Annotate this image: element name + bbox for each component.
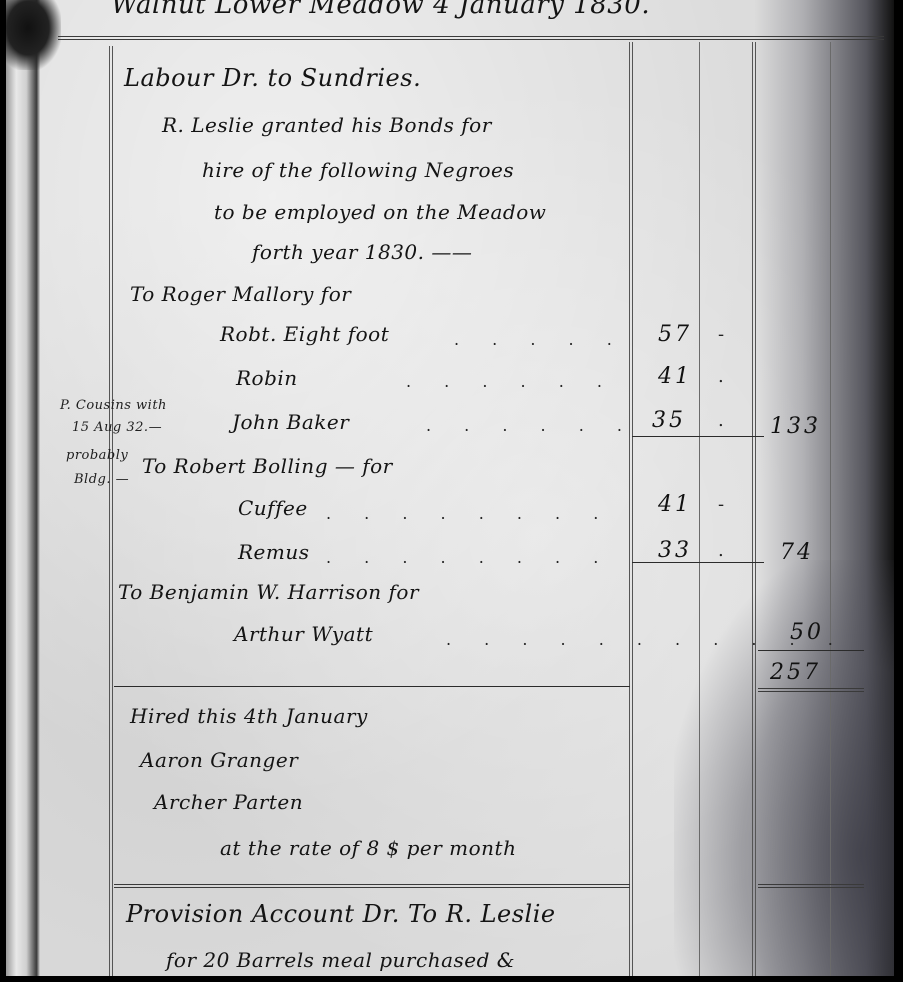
margin-rule (109, 46, 113, 976)
entry-mark: - (718, 324, 724, 345)
entry-amount: 41 (658, 364, 692, 389)
column-rule-1 (629, 42, 633, 976)
group-subtotal: 74 (780, 540, 814, 565)
total-double-rule (758, 688, 864, 692)
hired-line: Hired this 4th January (130, 704, 368, 728)
entry-mark: - (718, 494, 724, 515)
section-divider (114, 686, 630, 687)
creditor-line: To Roger Mallory for (130, 282, 351, 306)
leader-dots: . . . . . . . . . . . (446, 630, 847, 649)
margin-note-line: P. Cousins with (60, 398, 167, 413)
intro-line: forth year 1830. —— (252, 240, 472, 264)
section-divider (114, 884, 630, 888)
leader-dots: . . . . . . . . (326, 504, 612, 523)
leader-dots: . . . . . (454, 330, 626, 349)
ink-blot (6, 0, 61, 70)
entry-name: Remus (238, 540, 310, 564)
entry-amount: 33 (658, 538, 692, 563)
section-heading-provision: Provision Account Dr. To R. Leslie (126, 900, 556, 928)
leader-dots: . . . . . . . . (326, 548, 612, 567)
subtotal-rule (632, 562, 764, 563)
page-binding-edge (6, 0, 40, 976)
margin-note-line: 15 Aug 32.— (72, 420, 162, 435)
hired-rate: at the rate of 8 $ per month (220, 836, 516, 860)
intro-line: hire of the following Negroes (202, 158, 514, 182)
entry-name: Robin (236, 366, 298, 390)
section-heading-labour: Labour Dr. to Sundries. (124, 64, 421, 92)
water-stain-lower (674, 560, 894, 976)
entry-amount: 41 (658, 492, 692, 517)
group-subtotal: 133 (770, 414, 821, 439)
entry-name: Robt. Eight foot (220, 322, 389, 346)
entry-amount: 35 (652, 408, 686, 433)
column-rule-3 (752, 42, 756, 976)
entry-mark: . (718, 366, 724, 387)
header-rule (58, 36, 884, 40)
total-rule (758, 650, 864, 651)
margin-note-line: Bldg. — (74, 472, 129, 487)
intro-line: R. Leslie granted his Bonds for (162, 113, 492, 137)
column-divider (758, 884, 864, 888)
column-rule-2 (699, 42, 700, 976)
hired-name: Aaron Granger (140, 748, 298, 772)
leader-dots: . . . . . . (406, 372, 616, 391)
intro-line: to be employed on the Meadow (214, 200, 546, 224)
entry-name: Cuffee (238, 496, 308, 520)
margin-note-line: probably (66, 448, 128, 463)
group-subtotal: 50 (790, 620, 824, 645)
ledger-page: Walnut Lower Meadow 4 January 1830. Labo… (6, 0, 894, 976)
entry-name: John Baker (232, 410, 349, 434)
scan-frame: Walnut Lower Meadow 4 January 1830. Labo… (0, 0, 903, 982)
grand-total: 257 (770, 660, 821, 685)
creditor-line: To Robert Bolling — for (142, 454, 393, 478)
provision-line: for 20 Barrels meal purchased & (166, 948, 515, 972)
subtotal-rule (632, 436, 764, 437)
entry-name: Arthur Wyatt (234, 622, 373, 646)
creditor-line: To Benjamin W. Harrison for (118, 580, 419, 604)
entry-mark: . (718, 410, 724, 431)
leader-dots: . . . . . . (426, 416, 636, 435)
column-rule-4 (830, 42, 831, 976)
entry-mark: . (718, 540, 724, 561)
entry-amount: 57 (658, 322, 692, 347)
page-header: Walnut Lower Meadow 4 January 1830. (111, 0, 650, 20)
hired-name: Archer Parten (154, 790, 303, 814)
